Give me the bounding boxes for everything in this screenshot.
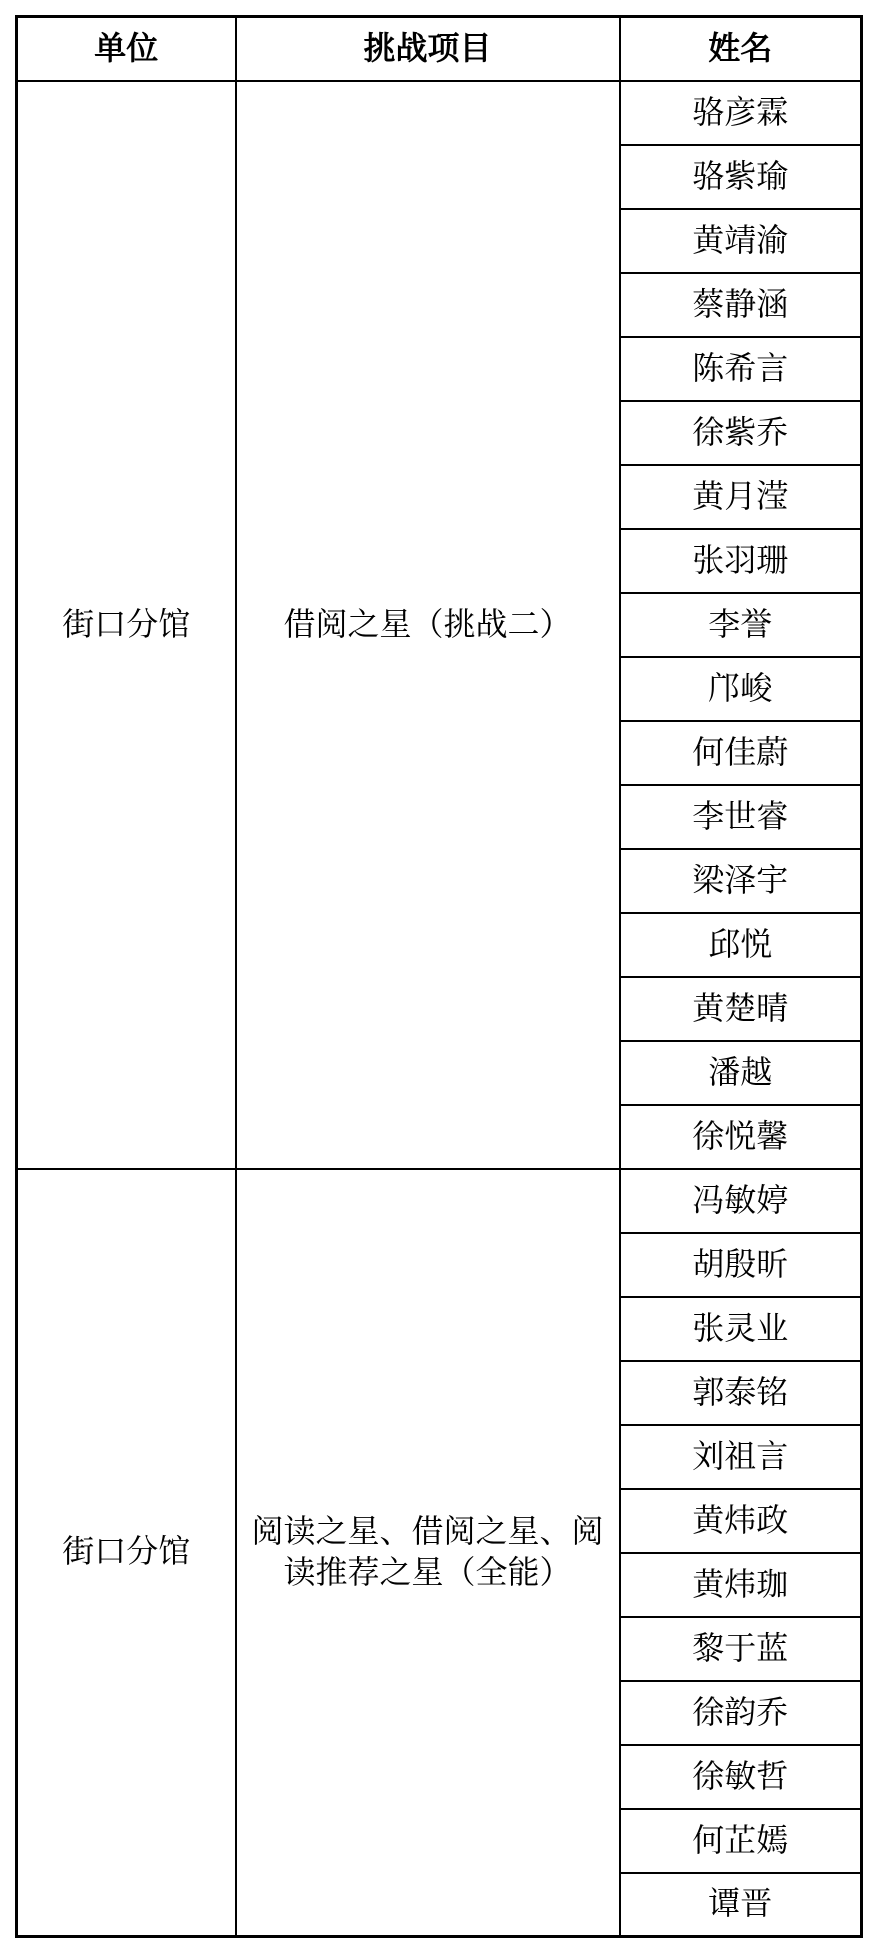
table-row: 街口分馆阅读之星、借阅之星、阅读推荐之星（全能）冯敏婷 <box>17 1169 862 1233</box>
header-cell-unit: 单位 <box>17 17 236 81</box>
name-cell: 谭晋 <box>620 1873 862 1937</box>
name-cell: 梁泽宇 <box>620 849 862 913</box>
name-cell: 徐紫乔 <box>620 401 862 465</box>
project-text: 借阅之星（挑战二） <box>283 604 571 646</box>
name-cell: 潘越 <box>620 1041 862 1105</box>
table-body: 街口分馆借阅之星（挑战二）骆彦霖骆紫瑜黄靖渝蔡静涵陈希言徐紫乔黄月滢张羽珊李誉邝… <box>17 81 862 1937</box>
table-header: 单位 挑战项目 姓名 <box>17 17 862 81</box>
name-cell: 邱悦 <box>620 913 862 977</box>
name-cell: 陈希言 <box>620 337 862 401</box>
header-cell-name: 姓名 <box>620 17 862 81</box>
name-cell: 何芷嫣 <box>620 1809 862 1873</box>
table-row: 街口分馆借阅之星（挑战二）骆彦霖 <box>17 81 862 145</box>
name-cell: 黄炜珈 <box>620 1553 862 1617</box>
project-cell: 借阅之星（挑战二） <box>236 81 620 1169</box>
header-cell-project: 挑战项目 <box>236 17 620 81</box>
name-cell: 邝峻 <box>620 657 862 721</box>
unit-cell: 街口分馆 <box>17 1169 236 1937</box>
unit-cell: 街口分馆 <box>17 81 236 1169</box>
name-cell: 冯敏婷 <box>620 1169 862 1233</box>
project-cell: 阅读之星、借阅之星、阅读推荐之星（全能） <box>236 1169 620 1937</box>
name-cell: 黄炜政 <box>620 1489 862 1553</box>
name-cell: 何佳蔚 <box>620 721 862 785</box>
name-cell: 黎于蓝 <box>620 1617 862 1681</box>
name-cell: 黄靖渝 <box>620 209 862 273</box>
award-table: 单位 挑战项目 姓名 街口分馆借阅之星（挑战二）骆彦霖骆紫瑜黄靖渝蔡静涵陈希言徐… <box>15 15 863 1938</box>
name-cell: 黄月滢 <box>620 465 862 529</box>
name-cell: 李誉 <box>620 593 862 657</box>
name-cell: 刘祖言 <box>620 1425 862 1489</box>
name-cell: 张灵业 <box>620 1297 862 1361</box>
name-cell: 骆紫瑜 <box>620 145 862 209</box>
name-cell: 徐悦馨 <box>620 1105 862 1169</box>
project-text: 阅读之星、借阅之星、阅读推荐之星（全能） <box>250 1511 606 1594</box>
header-row: 单位 挑战项目 姓名 <box>17 17 862 81</box>
name-cell: 徐韵乔 <box>620 1681 862 1745</box>
name-cell: 骆彦霖 <box>620 81 862 145</box>
name-cell: 李世睿 <box>620 785 862 849</box>
name-cell: 胡殷昕 <box>620 1233 862 1297</box>
name-cell: 蔡静涵 <box>620 273 862 337</box>
name-cell: 张羽珊 <box>620 529 862 593</box>
name-cell: 郭泰铭 <box>620 1361 862 1425</box>
name-cell: 徐敏哲 <box>620 1745 862 1809</box>
name-cell: 黄楚晴 <box>620 977 862 1041</box>
